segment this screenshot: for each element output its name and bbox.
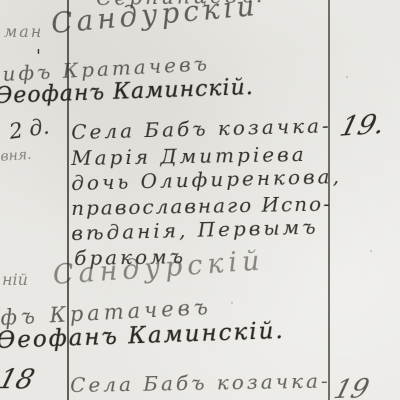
entry-margin-month: вня. [0,148,32,164]
paper-speck [346,76,348,78]
entry-body-line: Села Бабъ козачка- [71,115,332,142]
entry-body-line: Марія Дмитріева [71,144,307,168]
next-entry-body-line: Села Бабъ козачка- [70,370,331,395]
entry-body-line: дочь Олифиренкова, [71,166,342,193]
prev-entry-margin-fragment: ман [4,24,43,40]
prev-entry-clergy-line2: Ѳеофанъ Каминскій. [0,77,254,108]
entry-body-line: вѣданія, Первымъ [71,217,319,243]
entry-margin-fragment: ній [2,272,28,288]
entry-margin-day: 2 д. [8,116,51,142]
paper-speck [231,302,233,304]
register-page-scan: Серпинцевъ. ман Сандурскіи ' ифъ Кратаче… [0,0,400,400]
next-entry-age-number: 19 [331,376,372,400]
entry-age-number: 19. [337,111,388,141]
next-entry-margin-number: 18 [0,366,37,393]
prev-entry-signature: Сандурскіи [50,0,260,38]
paper-speck [370,250,372,252]
